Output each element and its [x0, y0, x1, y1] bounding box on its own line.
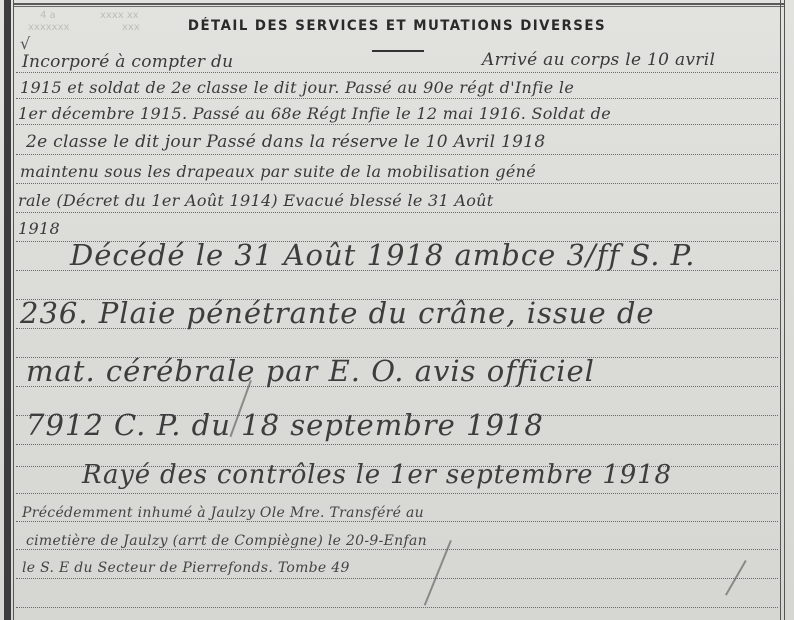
handwritten-line: 2e classe le dit jour Passé dans la rése…	[26, 132, 545, 152]
ruled-line	[16, 493, 778, 494]
handwritten-struck-off: Rayé des contrôles le 1er septembre 1918	[82, 460, 672, 490]
ruled-line	[16, 98, 778, 99]
heading-underline	[372, 50, 424, 52]
handwritten-burial-line: le S. E du Secteur de Pierrefonds. Tombe…	[22, 560, 350, 576]
page-border-left	[4, 0, 11, 620]
handwritten-line: Incorporé à compter du	[22, 52, 233, 72]
page-border-top	[14, 3, 784, 5]
margin-check-mark: √	[20, 34, 30, 53]
page-border-left-inner	[13, 0, 14, 620]
military-record-page: 4 a xxxxxxx xxxx xx xxx DÉTAIL DES SERVI…	[0, 0, 794, 620]
ruled-line	[16, 578, 778, 579]
handwritten-line: rale (Décret du 1er Août 1914) Evacué bl…	[18, 191, 493, 210]
ruled-line	[16, 154, 778, 155]
page-border-right	[780, 0, 781, 620]
handwritten-line: 1er décembre 1915. Passé au 68e Régt Inf…	[18, 104, 611, 123]
handwritten-burial-line: cimetière de Jaulzy (arrt de Compiègne) …	[26, 533, 427, 549]
ruled-line	[16, 72, 778, 73]
handwritten-death-record: Décédé le 31 Août 1918 ambce 3/ff S. P.	[70, 238, 696, 272]
page-border-right-outer	[784, 0, 785, 620]
handwritten-line: 1918	[18, 219, 60, 238]
handwritten-wound-record: mat. cérébrale par E. O. avis officiel	[26, 354, 595, 388]
section-heading: DÉTAIL DES SERVICES ET MUTATIONS DIVERSE…	[32, 18, 762, 34]
handwritten-reference: 7912 C. P. du 18 septembre 1918	[26, 408, 544, 442]
ruled-line	[16, 124, 778, 125]
handwritten-wound-record: 236. Plaie pénétrante du crâne, issue de	[20, 296, 655, 330]
handwritten-line: 1915 et soldat de 2e classe le dit jour.…	[20, 78, 574, 97]
ruled-line	[16, 183, 778, 184]
handwritten-line: maintenu sous les drapeaux par suite de …	[20, 162, 536, 181]
ruled-line	[16, 521, 778, 522]
ruled-line	[16, 607, 778, 608]
ruled-line	[16, 549, 778, 550]
ruled-line	[16, 444, 778, 445]
page-border-top-inner	[14, 6, 784, 7]
handwritten-burial-line: Précédemment inhumé à Jaulzy Ole Mre. Tr…	[22, 505, 424, 521]
handwritten-line: Arrivé au corps le 10 avril	[482, 50, 715, 70]
ruled-line	[16, 212, 778, 213]
